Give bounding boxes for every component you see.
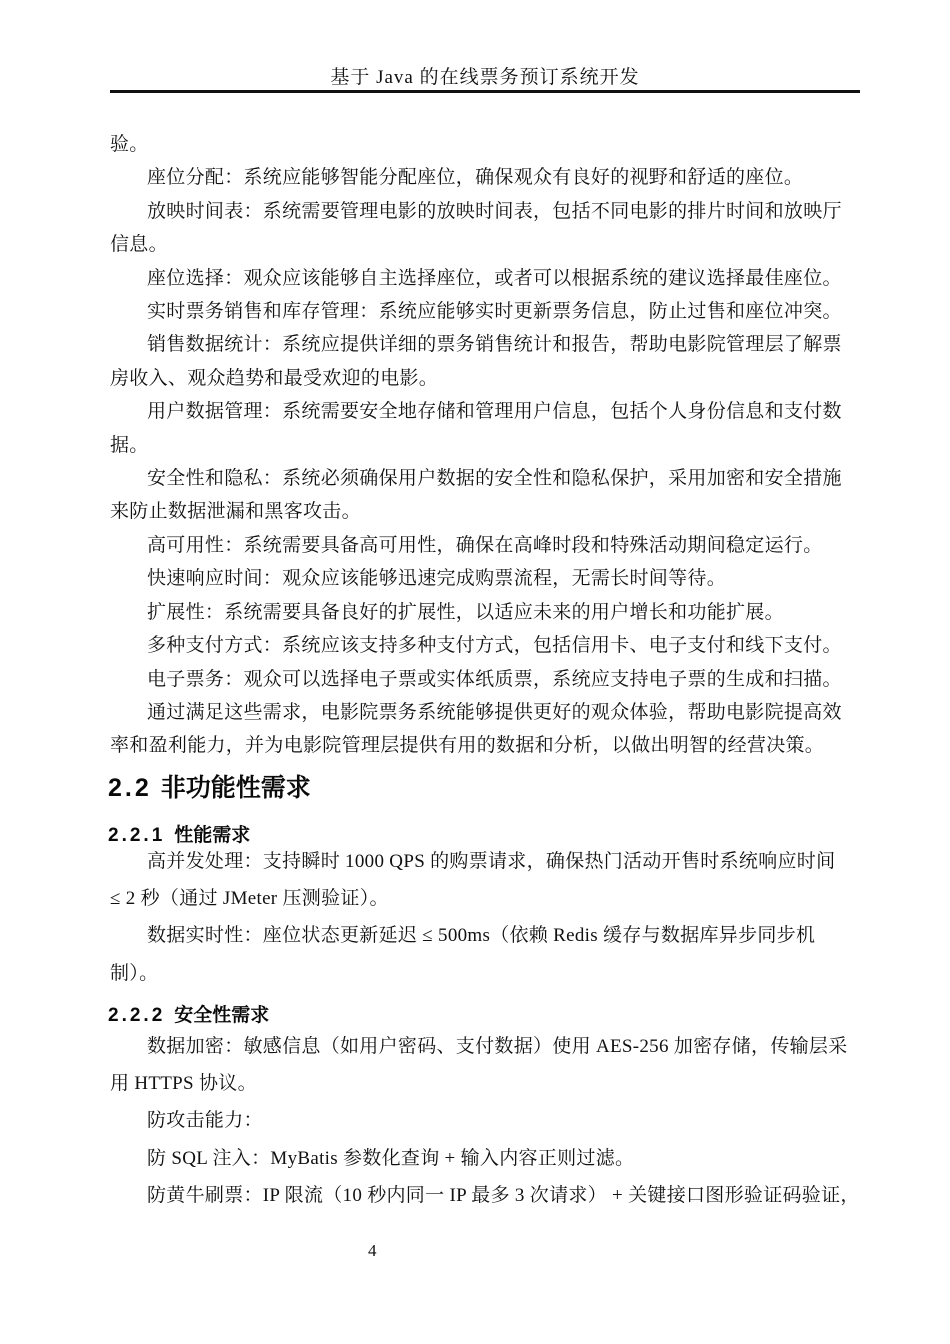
- header-rule-line: [110, 90, 860, 93]
- text-line: 电子票务：观众可以选择电子票或实体纸质票，系统应支持电子票的生成和扫描。: [110, 663, 870, 696]
- functional-requirements-paragraphs: 验。座位分配：系统应能够智能分配座位，确保观众有良好的视野和舒适的座位。放映时间…: [110, 128, 870, 763]
- text-line: ≤ 2 秒（通过 JMeter 压测验证）。: [110, 880, 870, 917]
- text-line: 安全性和隐私：系统必须确保用户数据的安全性和隐私保护，采用加密和安全措施: [110, 462, 870, 495]
- text-line: 高可用性：系统需要具备高可用性，确保在高峰时段和特殊活动期间稳定运行。: [110, 529, 870, 562]
- text-line: 房收入、观众趋势和最受欢迎的电影。: [110, 362, 870, 395]
- text-line: 数据实时性：座位状态更新延迟 ≤ 500ms（依赖 Redis 缓存与数据库异步…: [110, 917, 870, 954]
- text-line: 通过满足这些需求，电影院票务系统能够提供更好的观众体验，帮助电影院提高效: [110, 696, 870, 729]
- text-line: 防黄牛刷票：IP 限流（10 秒内同一 IP 最多 3 次请求） + 关键接口图…: [110, 1177, 870, 1214]
- text-line: 座位分配：系统应能够智能分配座位，确保观众有良好的视野和舒适的座位。: [110, 161, 870, 194]
- text-line: 座位选择：观众应该能够自主选择座位，或者可以根据系统的建议选择最佳座位。: [110, 262, 870, 295]
- text-line: 多种支付方式：系统应该支持多种支付方式，包括信用卡、电子支付和线下支付。: [110, 629, 870, 662]
- page-number: 4: [368, 1241, 377, 1261]
- heading-security-requirements: 2.2.2安全性需求: [108, 1000, 269, 1027]
- text-line: 率和盈利能力，并为电影院管理层提供有用的数据和分析，以做出明智的经营决策。: [110, 729, 870, 762]
- text-line: 制）。: [110, 955, 870, 992]
- heading-label: 安全性需求: [174, 1005, 269, 1026]
- text-line: 放映时间表：系统需要管理电影的放映时间表，包括不同电影的排片时间和放映厅: [110, 195, 870, 228]
- text-line: 用户数据管理：系统需要安全地存储和管理用户信息，包括个人身份信息和支付数: [110, 395, 870, 428]
- performance-requirements-paragraphs: 高并发处理：支持瞬时 1000 QPS 的购票请求，确保热门活动开售时系统响应时…: [110, 843, 870, 992]
- text-line: 快速响应时间：观众应该能够迅速完成购票流程，无需长时间等待。: [110, 562, 870, 595]
- text-line: 扩展性：系统需要具备良好的扩展性，以适应未来的用户增长和功能扩展。: [110, 596, 870, 629]
- text-line: 防 SQL 注入：MyBatis 参数化查询 + 输入内容正则过滤。: [110, 1140, 870, 1177]
- heading-label: 非功能性需求: [161, 774, 311, 802]
- security-requirements-paragraphs: 数据加密：敏感信息（如用户密码、支付数据）使用 AES-256 加密存储，传输层…: [110, 1028, 870, 1214]
- text-line: 销售数据统计：系统应提供详细的票务销售统计和报告，帮助电影院管理层了解票: [110, 328, 870, 361]
- text-line: 来防止数据泄漏和黑客攻击。: [110, 495, 870, 528]
- text-line: 实时票务销售和库存管理：系统应能够实时更新票务信息，防止过售和座位冲突。: [110, 295, 870, 328]
- text-line: 防攻击能力：: [110, 1102, 870, 1139]
- text-line: 据。: [110, 429, 870, 462]
- text-line: 验。: [110, 128, 870, 161]
- text-line: 信息。: [110, 228, 870, 261]
- text-line: 数据加密：敏感信息（如用户密码、支付数据）使用 AES-256 加密存储，传输层…: [110, 1028, 870, 1065]
- heading-number: 2.2.2: [108, 1005, 165, 1026]
- text-line: 用 HTTPS 协议。: [110, 1065, 870, 1102]
- document-page: 基于 Java 的在线票务预订系统开发 验。座位分配：系统应能够智能分配座位，确…: [0, 0, 950, 1344]
- heading-number: 2.2: [108, 774, 152, 802]
- document-header-title: 基于 Java 的在线票务预订系统开发: [110, 62, 860, 89]
- text-line: 高并发处理：支持瞬时 1000 QPS 的购票请求，确保热门活动开售时系统响应时…: [110, 843, 870, 880]
- heading-non-functional-requirements: 2.2非功能性需求: [108, 768, 311, 804]
